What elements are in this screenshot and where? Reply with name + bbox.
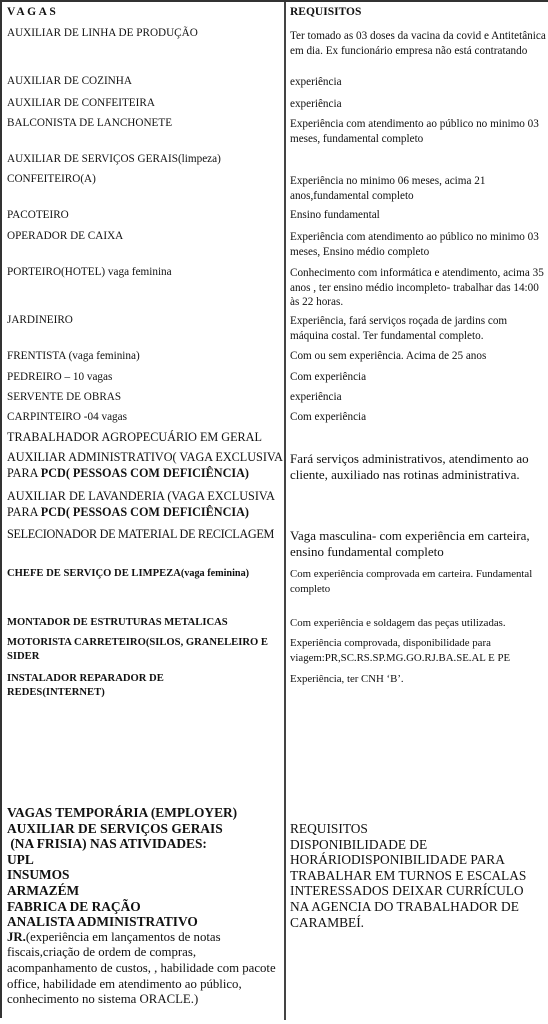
vaga-cell: INSTALADOR REPARADOR DE REDES(INTERNET) bbox=[7, 672, 207, 700]
pcd-label: PCD( PESSOAS COM DEFICIÊNCIA) bbox=[41, 505, 249, 519]
requisito-cell: Ensino fundamental bbox=[290, 208, 548, 223]
vaga-cell: PEDREIRO – 10 vagas bbox=[7, 370, 283, 384]
pcd-label: PCD( PESSOAS COM DEFICIÊNCIA) bbox=[41, 466, 249, 480]
requisito-cell: experiência bbox=[290, 390, 548, 405]
vaga-cell: PORTEIRO(HOTEL) vaga feminina bbox=[7, 265, 283, 279]
vaga-cell: FRENTISTA (vaga feminina) bbox=[7, 349, 283, 363]
temp-line: UPL bbox=[7, 852, 283, 868]
vaga-text: CHEFE DE SERVIÇO DE LIMPEZA bbox=[7, 568, 181, 579]
analista-text: (experiência em lançamentos de notas fis… bbox=[7, 930, 276, 1006]
temp-req-title: REQUISITOS bbox=[290, 821, 548, 837]
vaga-cell: MONTADOR DE ESTRUTURAS METALICAS bbox=[7, 616, 283, 630]
requisito-cell: Com experiência bbox=[290, 370, 548, 385]
header-requisitos: REQUISITOS bbox=[290, 5, 548, 20]
temp-line: ARMAZÉM bbox=[7, 883, 283, 899]
vaga-cell: CHEFE DE SERVIÇO DE LIMPEZA(vaga feminin… bbox=[7, 567, 283, 581]
header-vagas: VAGAS bbox=[7, 5, 283, 19]
vaga-cell: OPERADOR DE CAIXA bbox=[7, 229, 283, 243]
vaga-cell: AUXILIAR ADMINISTRATIVO( VAGA EXCLUSIVA … bbox=[7, 450, 283, 481]
vaga-note: (vaga feminina) bbox=[181, 568, 249, 579]
temporary-jobs-block: VAGAS TEMPORÁRIA (EMPLOYER) AUXILIAR DE … bbox=[7, 805, 283, 1008]
temp-line: ANALISTA ADMINISTRATIVO bbox=[7, 914, 283, 930]
temp-req-line: DISPONIBILIDADE DE bbox=[290, 837, 548, 853]
temp-line: (NA FRISIA) NAS ATIVIDADES: bbox=[7, 836, 283, 852]
requisito-cell: Experiência, fará serviços roçada de jar… bbox=[290, 314, 548, 343]
vaga-cell: AUXILIAR DE COZINHA bbox=[7, 74, 283, 88]
temp-line: FABRICA DE RAÇÃO bbox=[7, 899, 283, 915]
analista-level: JR. bbox=[7, 930, 26, 944]
analista-description: JR.(experiência em lançamentos de notas … bbox=[7, 930, 283, 1008]
column-divider bbox=[284, 2, 286, 1020]
temp-req-line: TRABALHAR EM TURNOS E ESCALAS bbox=[290, 868, 548, 884]
vaga-cell: CARPINTEIRO -04 vagas bbox=[7, 410, 283, 424]
vaga-cell: JARDINEIRO bbox=[7, 313, 283, 327]
vaga-cell: SERVENTE DE OBRAS bbox=[7, 390, 283, 404]
requisito-cell: Experiência, ter CNH ‘B’. bbox=[290, 672, 548, 687]
temp-line: INSUMOS bbox=[7, 867, 283, 883]
requisito-cell: Ter tomado as 03 doses da vacina da covi… bbox=[290, 29, 548, 58]
vaga-cell: BALCONISTA DE LANCHONETE bbox=[7, 116, 283, 130]
requisito-cell: Conhecimento com informática e atendimen… bbox=[290, 266, 548, 310]
requisito-cell: Vaga masculina- com experiência em carte… bbox=[290, 528, 548, 560]
vaga-cell: MOTORISTA CARRETEIRO(SILOS, GRANELEIRO E… bbox=[7, 636, 283, 664]
vaga-cell: TRABALHADOR AGROPECUÁRIO EM GERAL bbox=[7, 430, 283, 446]
requisito-cell: experiência bbox=[290, 75, 548, 90]
temp-req-line: CARAMBEÍ. bbox=[290, 915, 548, 931]
requisito-cell: Experiência com atendimento ao público n… bbox=[290, 230, 548, 259]
requisito-cell: experiência bbox=[290, 97, 548, 112]
vaga-cell: AUXILIAR DE LINHA DE PRODUÇÃO bbox=[7, 26, 283, 40]
job-listing-table: VAGAS REQUISITOS AUXILIAR DE LINHA DE PR… bbox=[0, 0, 548, 1018]
requisito-cell: Com experiência comprovada em carteira. … bbox=[290, 567, 548, 596]
requisito-cell: Com experiência bbox=[290, 410, 548, 425]
vaga-cell: CONFEITEIRO(A) bbox=[7, 172, 283, 186]
temp-req-line: INTERESSADOS DEIXAR CURRÍCULO bbox=[290, 883, 548, 899]
temporary-requirements-block: REQUISITOS DISPONIBILIDADE DE HORÁRIODIS… bbox=[290, 821, 548, 930]
vaga-cell: SELECIONADOR DE MATERIAL DE RECICLAGEM bbox=[7, 527, 283, 543]
temp-title: VAGAS TEMPORÁRIA (EMPLOYER) bbox=[7, 805, 283, 821]
requisito-cell: Fará serviços administrativos, atendimen… bbox=[290, 451, 548, 483]
vaga-cell: PACOTEIRO bbox=[7, 208, 283, 222]
vaga-cell: AUXILIAR DE CONFEITEIRA bbox=[7, 96, 283, 110]
vaga-cell: AUXILIAR DE LAVANDERIA (VAGA EXCLUSIVA P… bbox=[7, 489, 283, 520]
temp-line: AUXILIAR DE SERVIÇOS GERAIS bbox=[7, 821, 283, 837]
requisito-cell: Com ou sem experiência. Acima de 25 anos bbox=[290, 349, 548, 364]
vaga-cell: AUXILIAR DE SERVIÇOS GERAIS(limpeza) bbox=[7, 152, 283, 166]
requisito-cell: Experiência com atendimento ao público n… bbox=[290, 117, 548, 146]
temp-req-line: NA AGENCIA DO TRABALHADOR DE bbox=[290, 899, 548, 915]
temp-req-line: HORÁRIODISPONIBILIDADE PARA bbox=[290, 852, 548, 868]
requisito-cell: Experiência no minimo 06 meses, acima 21… bbox=[290, 174, 548, 203]
requisito-cell: Com experiência e soldagem das peças uti… bbox=[290, 616, 548, 631]
requisito-cell: Experiência comprovada, disponibilidade … bbox=[290, 636, 548, 665]
